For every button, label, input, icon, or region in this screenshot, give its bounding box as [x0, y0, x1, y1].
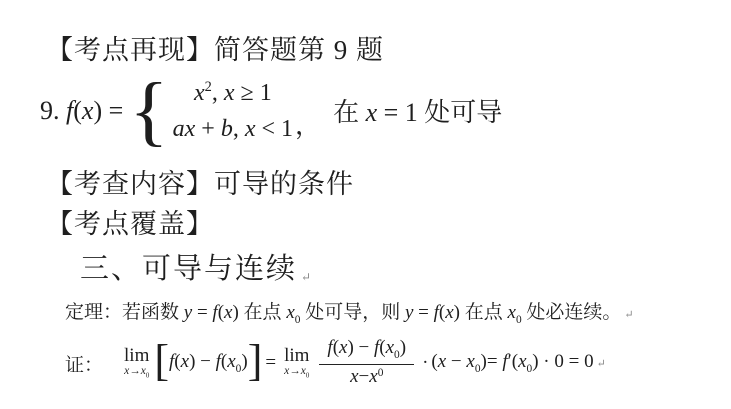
section-title-differentiable-continuous: 三、可导与连续↵ [80, 246, 313, 287]
paragraph-mark-icon: ↵ [624, 309, 633, 321]
header-exam-coverage: 【考点覆盖】 [46, 202, 214, 241]
bracket-expression: f(x) − f(x0) [169, 351, 248, 375]
proof-label: 证： [65, 350, 103, 377]
formula-comma: ， [295, 105, 321, 142]
header-exam-content: 【考查内容】可导的条件 [46, 162, 354, 201]
fraction-numerator: f(x) − f(x0) [319, 338, 414, 364]
formula-condition-text: 在 x = 1 处可导 [333, 92, 502, 129]
equals-sign: = [265, 352, 276, 374]
lim-text: lim [124, 346, 149, 365]
difference-quotient-fraction: f(x) − f(x0) x − x0 [319, 338, 414, 388]
piecewise-function-formula: 9. f(x) = { x2, x ≥ 1 ax + b, x < 1 ， 在 … [40, 76, 502, 146]
lim-subscript: x→x0 [284, 366, 309, 380]
piecewise-cases: x2, x ≥ 1 ax + b, x < 1 [173, 79, 293, 143]
limit-operator-2: lim x→x0 [284, 346, 309, 380]
right-bracket: ] [248, 343, 263, 378]
theorem-text: 定理：若函数 y = f(x) 在点 x0 处可导，则 y = f(x) 在点 … [65, 302, 621, 323]
piecewise-case-1: x2, x ≥ 1 [194, 79, 272, 107]
lim-text: lim [284, 346, 309, 365]
document-page: 【考点再现】简答题第 9 题 9. f(x) = { x2, x ≥ 1 ax … [0, 0, 731, 409]
paragraph-mark-icon: ↵ [597, 357, 606, 370]
left-bracket: [ [154, 343, 169, 378]
proof-line: 证： lim x→x0 [ f(x) − f(x0) ] = lim x→x0 … [65, 326, 606, 400]
limit-operator-1: lim x→x0 [124, 346, 149, 380]
piecewise-case-2: ax + b, x < 1 [173, 116, 293, 143]
formula-prefix: 9. f(x) = [40, 96, 123, 126]
paragraph-mark-icon: ↵ [301, 270, 313, 284]
proof-tail-expression: = f′(x0) · 0 = 0 [487, 351, 594, 375]
fraction-denominator: x − x0 [319, 364, 414, 388]
multiplication-dot: · [422, 352, 428, 374]
paren-expression: (x − x0) [431, 351, 486, 375]
theorem-statement: 定理：若函数 y = f(x) 在点 x0 处可导，则 y = f(x) 在点 … [65, 297, 634, 326]
section-title-text: 三、可导与连续 [80, 253, 297, 285]
lim-subscript: x→x0 [124, 366, 149, 380]
left-brace: { [129, 78, 168, 144]
header-exam-point-reappear: 【考点再现】简答题第 9 题 [46, 28, 384, 67]
